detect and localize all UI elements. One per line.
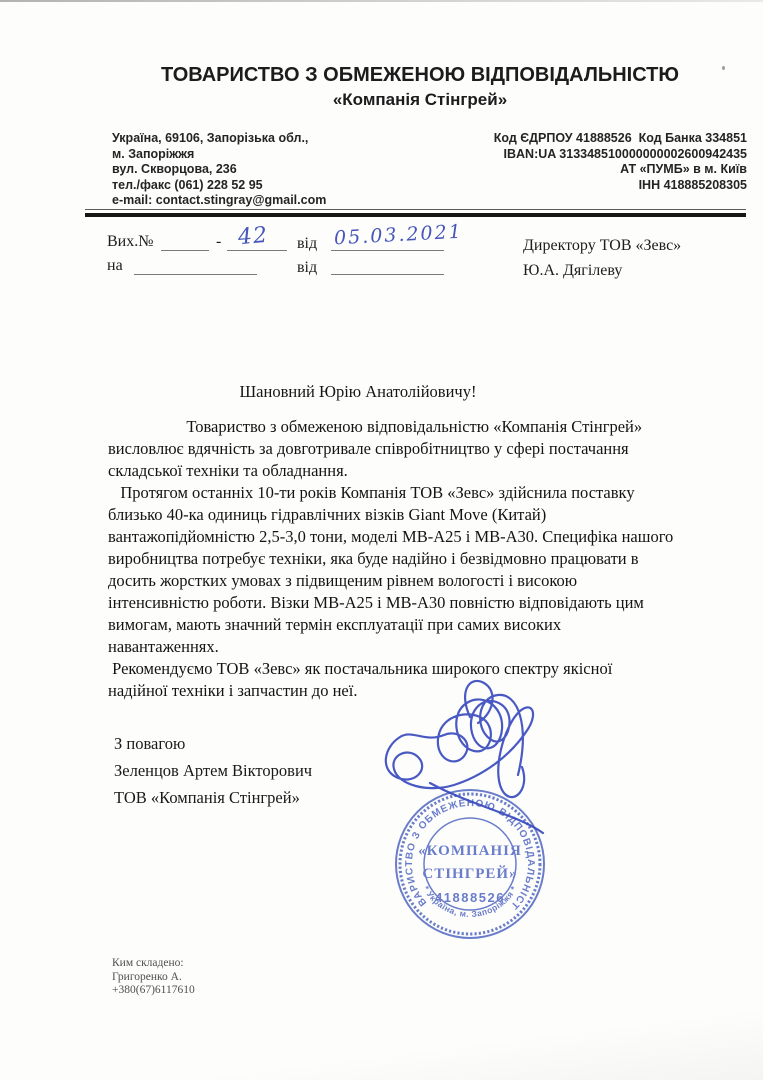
incoming-number-blank-line — [134, 274, 257, 275]
footer-line: Григоренко А. — [112, 971, 195, 985]
body-line: Протягом останніх 10-ти років Компанія Т… — [108, 482, 758, 504]
bank-detail-line: ІНН 418885208305 — [400, 178, 747, 194]
stamp-and-signature-area: ТОВАРИСТВО З ОБМЕЖЕНОЮ ВІДПОВІДАЛЬНІСТЮ … — [370, 665, 586, 965]
incoming-date-blank-line — [331, 274, 444, 275]
bank-detail-line: IBAN:UA 313348510000000002600942435 — [400, 147, 747, 163]
company-address-block: Україна, 69106, Запорізька обл.,м. Запор… — [112, 131, 326, 209]
company-legal-form-title: ТОВАРИСТВО З ОБМЕЖЕНОЮ ВІДПОВІДАЛЬНІСТЮ — [90, 64, 750, 87]
stamp-company-name-line2: СТІНГРЕЙ» — [422, 865, 517, 882]
body-line: Товариство з обмеженою відповідальністю … — [108, 416, 758, 438]
company-round-stamp: ТОВАРИСТВО З ОБМЕЖЕНОЮ ВІДПОВІДАЛЬНІСТЮ … — [370, 665, 544, 938]
paragraph-gratitude: Товариство з обмеженою відповідальністю … — [108, 416, 758, 482]
outgoing-number-label: Вих.№ — [107, 233, 154, 251]
footer-line: Ким складено: — [112, 957, 195, 971]
body-line: висловлює вдячність за довготривале спів… — [108, 438, 758, 460]
footer-line: +380(67)6117610 — [112, 984, 195, 998]
body-line: навантаженнях. — [108, 636, 758, 658]
body-line: вимогам, мають значний термін експлуатац… — [108, 614, 758, 636]
bank-detail-line: Код ЄДРПОУ 41888526 Код Банка 334851 — [400, 131, 747, 147]
salutation: Шановний Юрію Анатолійовичу! — [108, 382, 608, 402]
body-line: виробництва потребує техніки, яка буде н… — [108, 548, 758, 570]
signoff-line: З повагою — [114, 730, 312, 757]
paragraph-supply-details: Протягом останніх 10-ти років Компанія Т… — [108, 482, 758, 658]
date-line — [331, 250, 444, 251]
letterhead-rule-thick — [85, 213, 746, 217]
company-bank-details-block: Код ЄДРПОУ 41888526 Код Банка 334851IBAN… — [400, 131, 747, 193]
date-from-label: від — [297, 235, 317, 253]
body-line: вантажопідйомністю 2,5-3,0 тони, моделі … — [108, 526, 758, 548]
outgoing-number-blank-line — [161, 250, 209, 251]
scan-artifact-bottom-shadow — [0, 1010, 763, 1080]
recipient-name: Ю.А. Дягілеву — [523, 258, 681, 283]
company-name-title: «Компанія Стінгрей» — [90, 90, 750, 110]
stamp-edrpou-number: 41888526 — [435, 890, 505, 905]
signoff-line: Зеленцов Артем Вікторович — [114, 757, 312, 784]
stamp-company-name-line1: «КОМПАНІЯ — [418, 843, 522, 859]
recipient-block: Директору ТОВ «Зевс» Ю.А. Дягілеву — [523, 233, 681, 283]
handwritten-outgoing-number: 42 — [237, 223, 269, 251]
signoff-block: З повагоюЗеленцов Артем ВікторовичТОВ «К… — [114, 730, 312, 811]
body-line: складської техніки та обладнання. — [108, 460, 758, 482]
recipient-title: Директору ТОВ «Зевс» — [523, 233, 681, 258]
body-line: близько 40-ка одиниць гідравлічних візкі… — [108, 504, 758, 526]
address-line: тел./факс (061) 228 52 95 — [112, 178, 326, 194]
address-line: м. Запоріжжя — [112, 147, 326, 163]
body-line: інтенсивністю роботи. Візки МВ-А25 і МВ-… — [108, 592, 758, 614]
outgoing-number-line — [227, 250, 287, 251]
letterhead-rule-thin — [85, 209, 746, 210]
composed-by-block: Ким складено:Григоренко А.+380(67)611761… — [112, 957, 195, 998]
signoff-line: ТОВ «Компанія Стінгрей» — [114, 784, 312, 811]
bank-detail-line: АТ «ПУМБ» в м. Київ — [400, 162, 747, 178]
outgoing-number-dash: - — [216, 233, 221, 251]
incoming-label: на — [107, 257, 123, 275]
address-line: e-mail: contact.stingray@gmail.com — [112, 193, 326, 209]
scan-artifact-top-edge — [0, 0, 763, 2]
handwritten-date: 05.03.2021 — [334, 221, 464, 250]
letter-body: Товариство з обмеженою відповідальністю … — [108, 416, 758, 702]
address-line: Україна, 69106, Запорізька обл., — [112, 131, 326, 147]
scanned-letter-page: ТОВАРИСТВО З ОБМЕЖЕНОЮ ВІДПОВІДАЛЬНІСТЮ … — [0, 0, 763, 1080]
address-line: вул. Скворцова, 236 — [112, 162, 326, 178]
body-line: досить жорстких умовах з підвищеним рівн… — [108, 570, 758, 592]
incoming-from-label: від — [297, 259, 317, 277]
